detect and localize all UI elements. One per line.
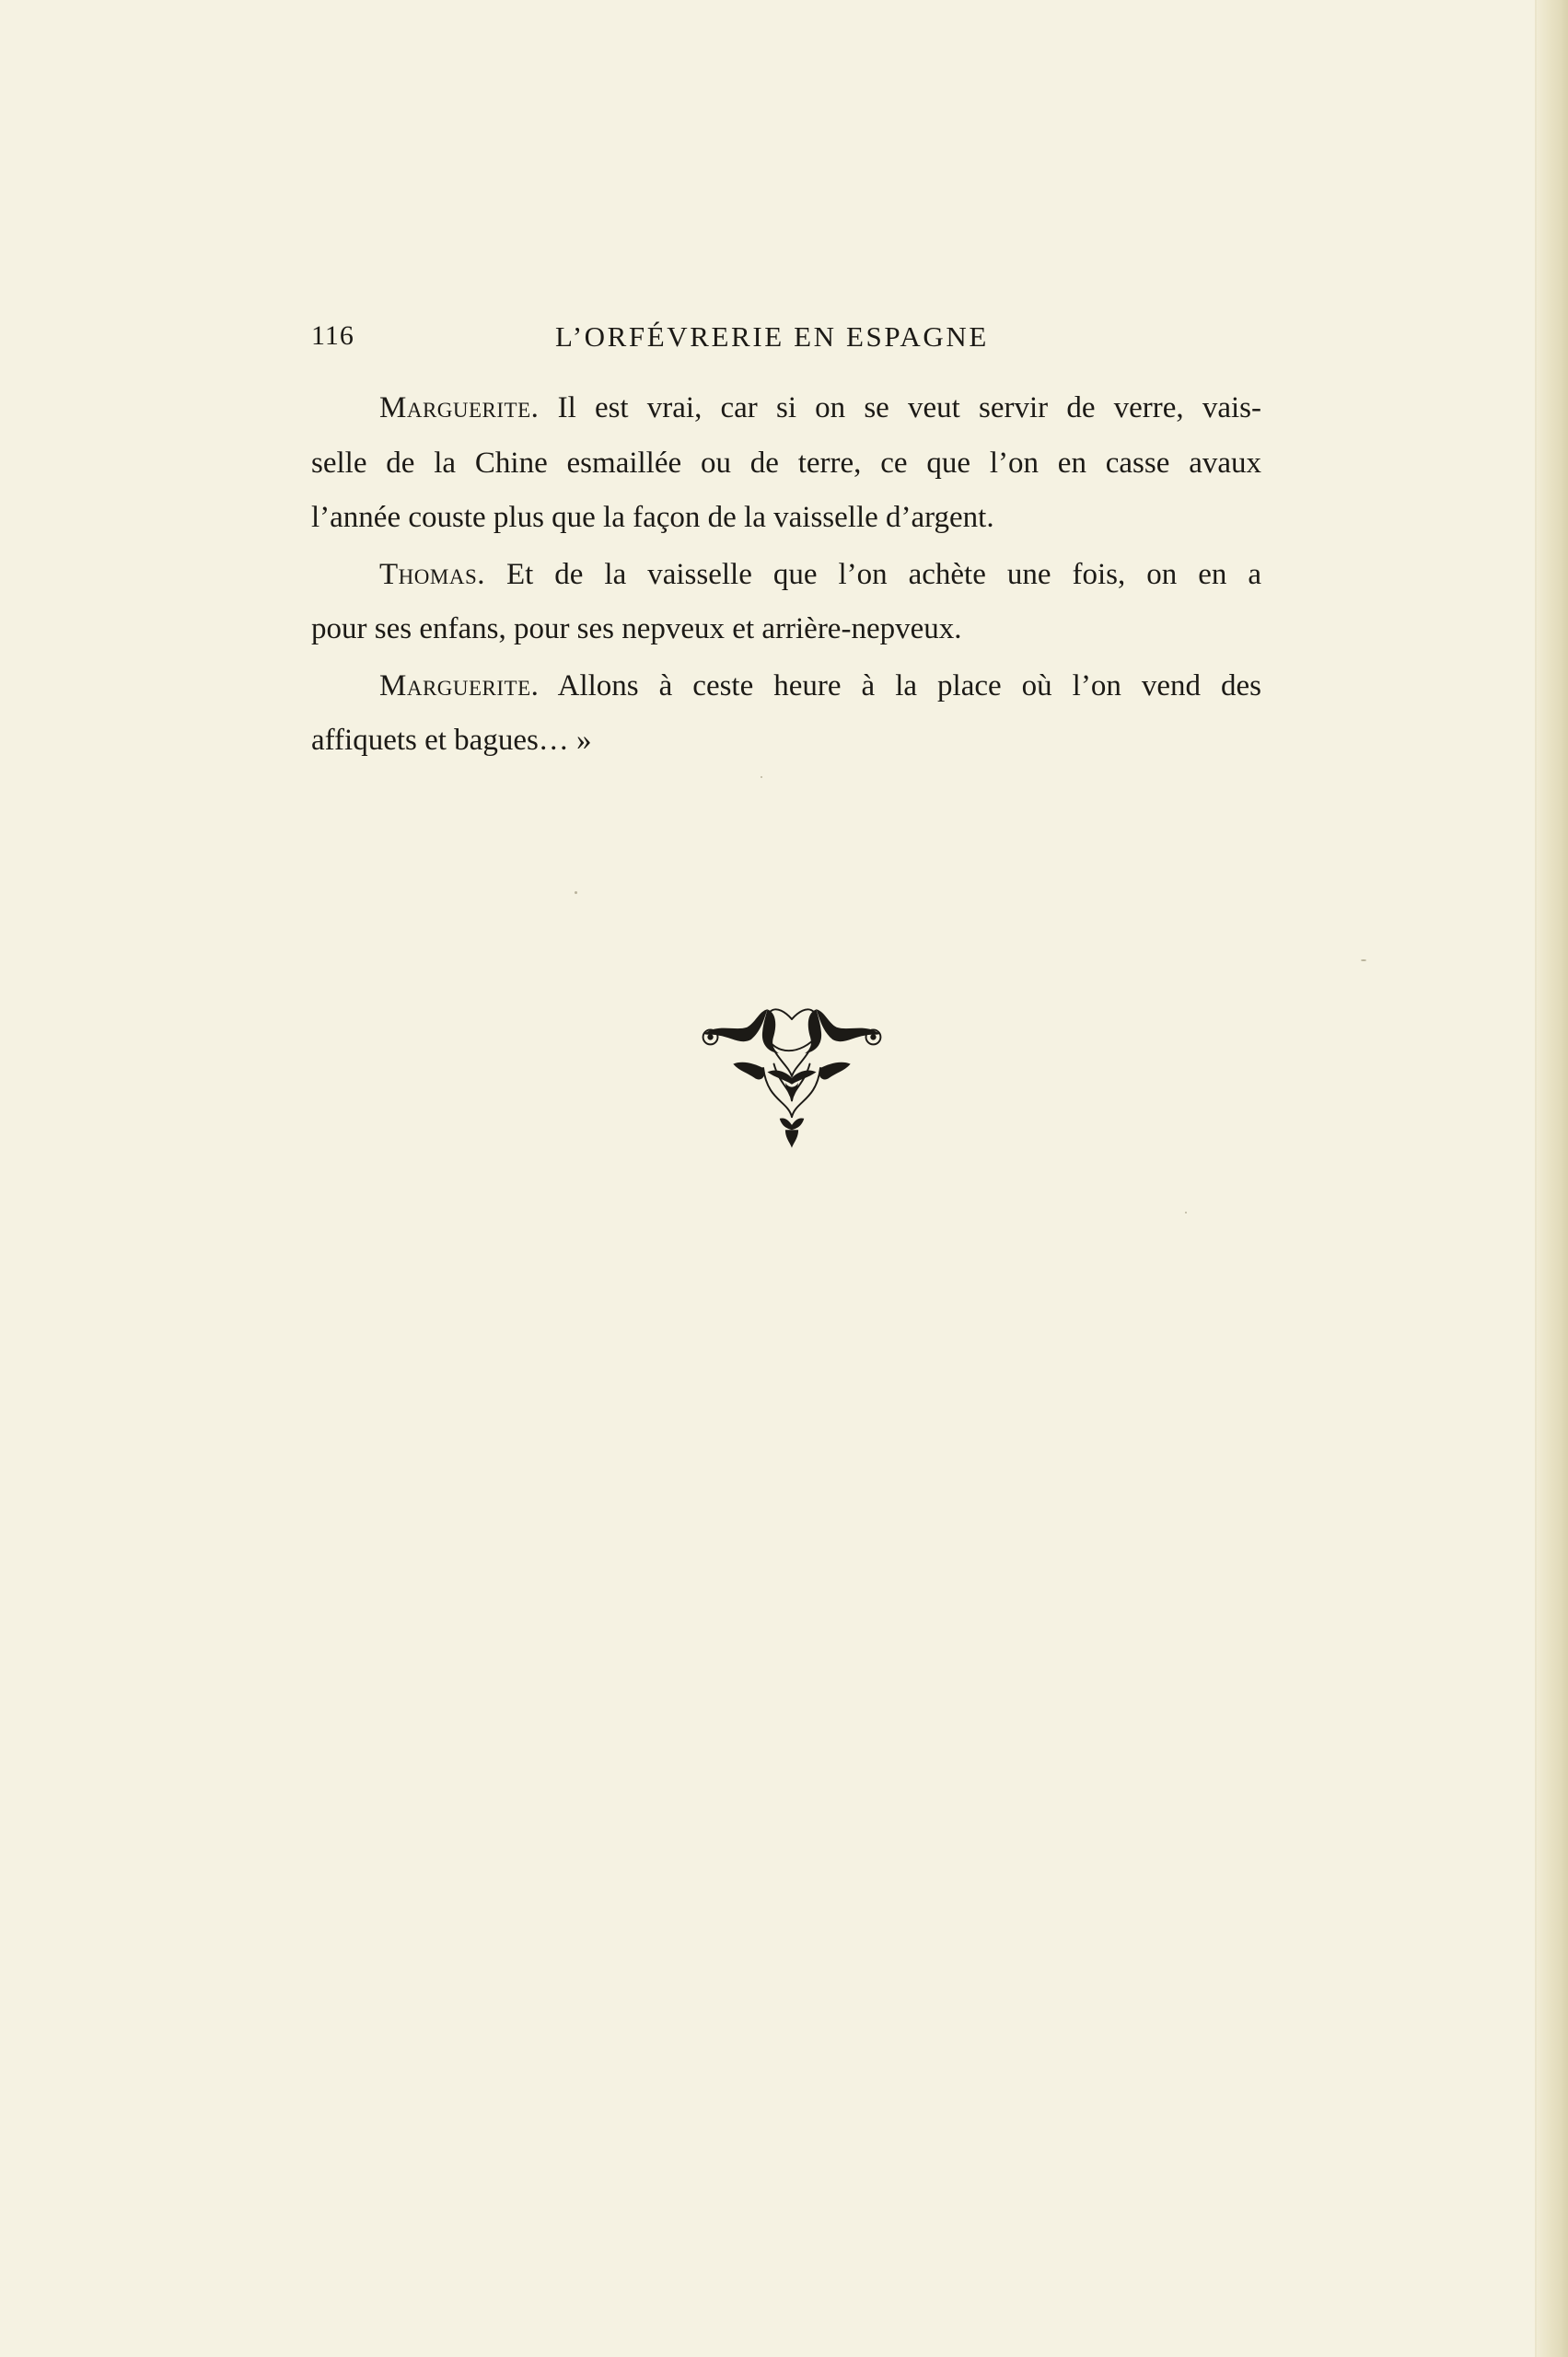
speaker-name: Thomas. [379, 558, 485, 591]
line-text: Et de la vaisselle que l’on achète une f… [485, 558, 1261, 591]
fleuron-ornament-icon [686, 983, 898, 1153]
running-head: 116 L’ORFÉVRERIE EN ESPAGNE [311, 320, 1261, 361]
paper-speck [575, 891, 577, 894]
text-line: affiquets et bagues… » [311, 714, 1261, 769]
running-title: L’ORFÉVRERIE EN ESPAGNE [555, 320, 989, 354]
page-number: 116 [311, 320, 354, 352]
body-text: Marguerite. Il est vrai, car si on se ve… [311, 381, 1261, 771]
text-line: Thomas. Et de la vaisselle que l’on achè… [311, 548, 1261, 603]
paragraph-marguerite-1: Marguerite. Il est vrai, car si on se ve… [311, 381, 1261, 546]
line-text: Allons à ceste heure à la place où l’on … [539, 669, 1261, 702]
paragraph-thomas: Thomas. Et de la vaisselle que l’on achè… [311, 548, 1261, 657]
text-line: l’année couste plus que la façon de la v… [311, 491, 1261, 546]
text-line: Marguerite. Il est vrai, car si on se ve… [311, 381, 1261, 436]
line-text: Il est vrai, car si on se veut servir de… [539, 391, 1261, 424]
paper-speck [1185, 1212, 1187, 1213]
text-line: Marguerite. Allons à ceste heure à la pl… [311, 659, 1261, 714]
paragraph-marguerite-2: Marguerite. Allons à ceste heure à la pl… [311, 659, 1261, 769]
paper-speck [1361, 959, 1366, 961]
speaker-name: Marguerite. [379, 669, 539, 702]
page-edge-shadow [1537, 0, 1568, 2357]
text-line: pour ses enfans, pour ses nepveux et arr… [311, 602, 1261, 657]
speaker-name: Marguerite. [379, 391, 539, 424]
paper-speck [761, 776, 762, 778]
text-line: selle de la Chine esmaillée ou de terre,… [311, 436, 1261, 492]
